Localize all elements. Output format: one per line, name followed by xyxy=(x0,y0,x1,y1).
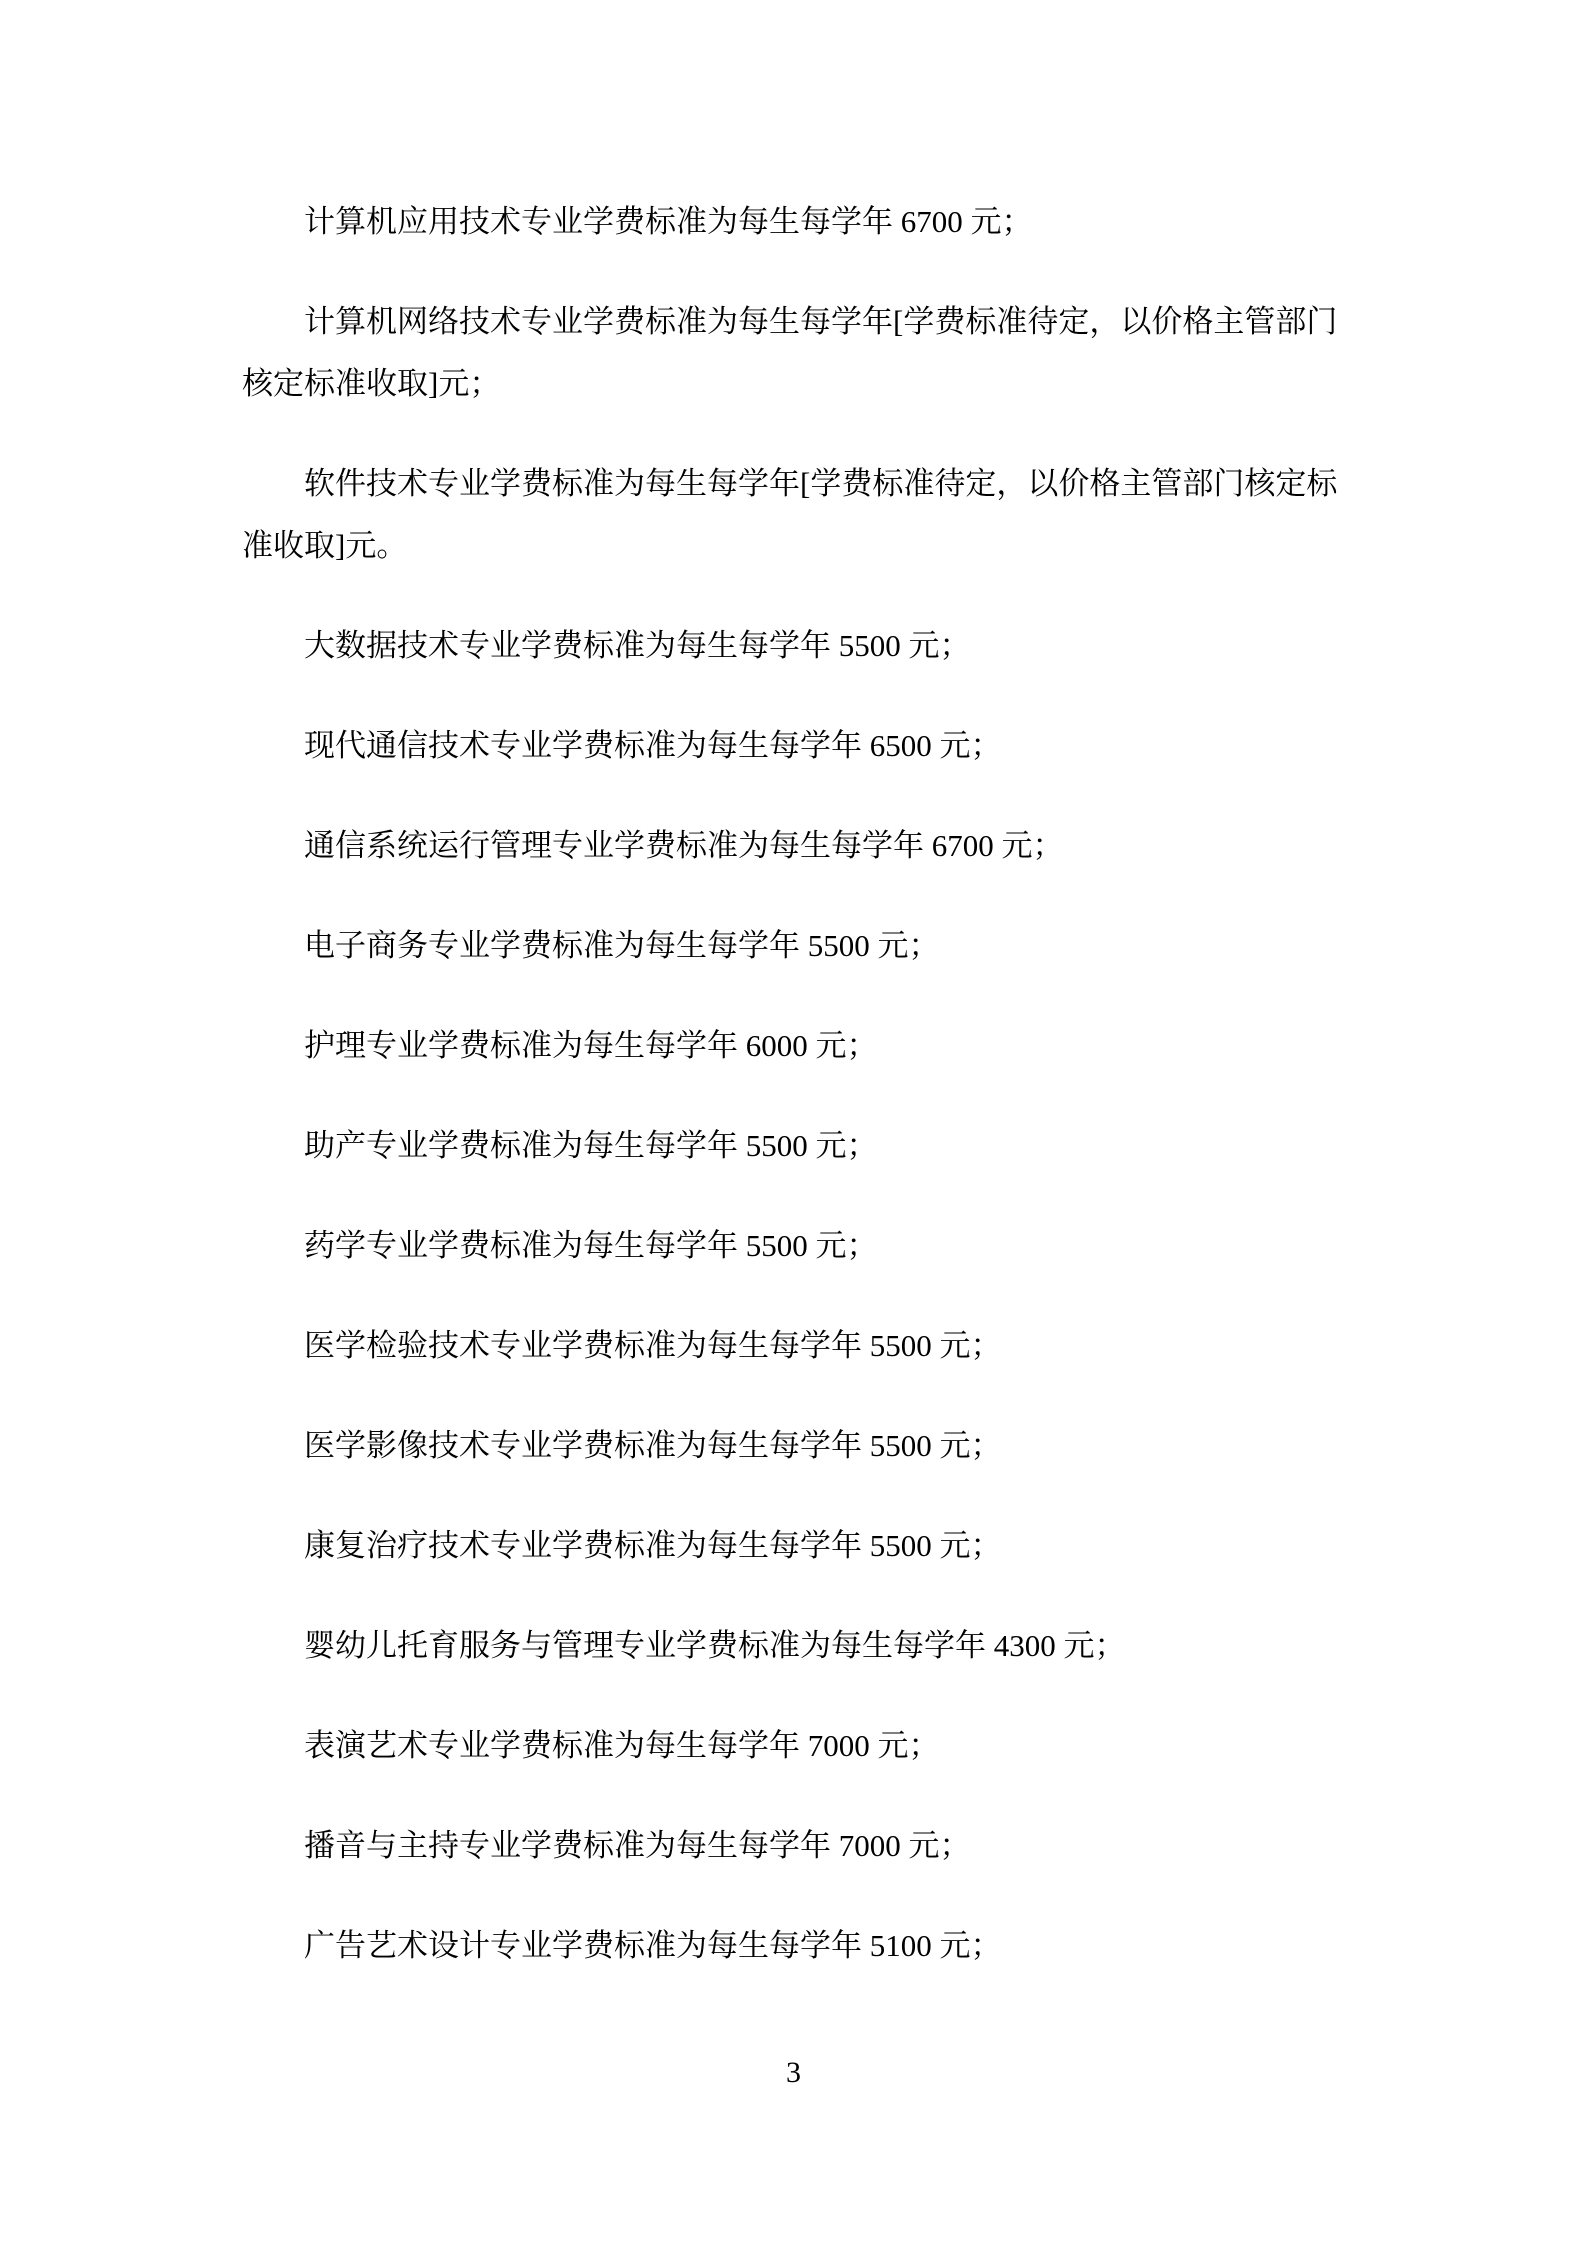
tuition-paragraph: 电子商务专业学费标准为每生每学年 5500 元； xyxy=(242,915,1345,977)
tuition-paragraph: 播音与主持专业学费标准为每生每学年 7000 元； xyxy=(242,1815,1345,1877)
tuition-paragraph: 现代通信技术专业学费标准为每生每学年 6500 元； xyxy=(242,715,1345,777)
tuition-paragraph: 大数据技术专业学费标准为每生每学年 5500 元； xyxy=(242,615,1345,677)
tuition-paragraph: 助产专业学费标准为每生每学年 5500 元； xyxy=(242,1115,1345,1177)
tuition-paragraph: 计算机应用技术专业学费标准为每生每学年 6700 元； xyxy=(242,191,1345,253)
tuition-paragraph: 软件技术专业学费标准为每生每学年[学费标准待定，以价格主管部门核定标准收取]元。 xyxy=(242,453,1345,577)
tuition-paragraph: 通信系统运行管理专业学费标准为每生每学年 6700 元； xyxy=(242,815,1345,877)
tuition-paragraph: 计算机网络技术专业学费标准为每生每学年[学费标准待定，以价格主管部门核定标准收取… xyxy=(242,291,1345,415)
document-body: 计算机应用技术专业学费标准为每生每学年 6700 元； 计算机网络技术专业学费标… xyxy=(242,191,1345,2015)
tuition-paragraph: 医学检验技术专业学费标准为每生每学年 5500 元； xyxy=(242,1315,1345,1377)
tuition-paragraph: 护理专业学费标准为每生每学年 6000 元； xyxy=(242,1015,1345,1077)
tuition-paragraph: 表演艺术专业学费标准为每生每学年 7000 元； xyxy=(242,1715,1345,1777)
document-page: 计算机应用技术专业学费标准为每生每学年 6700 元； 计算机网络技术专业学费标… xyxy=(0,0,1587,2245)
tuition-paragraph: 药学专业学费标准为每生每学年 5500 元； xyxy=(242,1215,1345,1277)
tuition-paragraph: 婴幼儿托育服务与管理专业学费标准为每生每学年 4300 元； xyxy=(242,1615,1345,1677)
page-number: 3 xyxy=(0,2042,1587,2104)
tuition-paragraph: 康复治疗技术专业学费标准为每生每学年 5500 元； xyxy=(242,1515,1345,1577)
tuition-paragraph: 广告艺术设计专业学费标准为每生每学年 5100 元； xyxy=(242,1915,1345,1977)
tuition-paragraph: 医学影像技术专业学费标准为每生每学年 5500 元； xyxy=(242,1415,1345,1477)
